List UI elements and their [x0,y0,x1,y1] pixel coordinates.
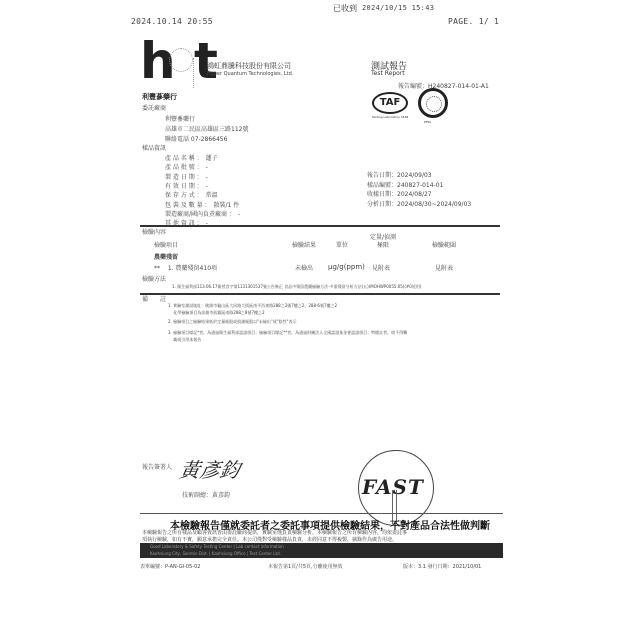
page-info: 本報告第1頁/共5頁,分離使用無效 [268,563,343,570]
taf-badge-sub: Testing Laboratory 3184 [372,115,408,119]
sample-section-label: 樣品資訊 [142,143,166,152]
date-field-label: 分析日期： [367,201,397,208]
date-field-label: 樣品編號： [367,182,397,189]
sample-field: 包 裝 及 數 量 ：散裝/1 件 [165,200,239,209]
company-name-zh: 鴻虹鼎騰科技股份有限公司 [207,61,291,71]
version-info: 版本：3.1 發行日期：2021/10/01 [403,563,481,570]
row-item: 1. 農藥殘留410項 [168,265,217,272]
sample-field-value: 散裝/1 件 [214,202,240,209]
sample-field-value: 蓮子 [206,155,218,162]
divider [140,225,500,227]
disclaimer-line-1: 本檢驗報告之所有樣品及顧客資訊皆由委託廠商提供，實驗室僅負責檢驗分析。本檢驗報告… [142,529,407,536]
client-heading: 利豐蔘藥行 [142,92,177,102]
sample-field-value: 常溫 [206,192,218,199]
sample-field-label: 產 品 名 稱 ： [165,155,203,162]
sample-field-label: 有 效 日 期 ： [165,183,203,190]
contact-band: Good Laboratory & Safety Testing Center … [140,543,503,558]
received-label: 已收到 [333,3,357,14]
form-number: 表單編號：P-AN-GI-05-02 [140,563,200,570]
method-label: 檢驗方法 [142,274,166,283]
date-field-label: 收樣日期： [367,191,397,198]
report-title-en: Test Report [371,70,405,77]
sample-field-label: 製造廠商/國內負責廠商 ： [165,211,235,218]
company-name-en: Hyper Quantum Technologies, Ltd. [207,71,293,77]
received-time: 2024/10/15 15:43 [362,4,434,12]
signature-label: 報告簽署人 [142,462,172,471]
band-line-1: Good Laboratory & Safety Testing Center … [140,543,503,550]
sample-field: 製造廠商/國內負責廠商 ：- [165,209,240,218]
signatory-title: 技術副總：黃彥鈞 [182,490,230,499]
sample-field: 產 品 批 號 ：- [165,162,208,171]
client-section-label: 委託廠商 [142,103,166,112]
row-limit: 見附表 [372,263,390,272]
fax-sent-time: 2024.10.14 20:55 [131,17,213,26]
sample-field-label: 產 品 批 號 ： [165,164,203,171]
sample-field: 製 造 日 期 ：- [165,172,208,181]
sample-field-value: - [206,164,208,171]
client-name: 利豐蔘藥行 [165,114,195,123]
taf-badge: TAF [372,92,408,114]
remark-item: 3. 檢驗項目標記*者，為通過衛生福利部認證項目；檢驗項目標記**者，為通過財團… [168,330,407,336]
col-header-limit: 定量/偵測 極限 [370,234,396,250]
sample-field: 有 效 日 期 ：- [165,181,208,190]
date-field-value: 2024/08/27 [397,191,432,198]
remarks-label: 備 註 [142,294,166,303]
disclaimer-line-2: 項執行檢驗，如有不實，願意承擔完全責任。本公司僅對受檢驗樣品負責，未經同意不得複… [142,536,397,543]
sample-field-label: 製 造 日 期 ： [165,174,203,181]
test-content-label: 檢驗內容 [142,227,166,236]
date-field-value: 240827-014-01 [397,182,443,189]
sample-field: 保 存 方 式 ：常溫 [165,190,218,199]
client-phone: 聯絡電話 07-2866456 [165,134,227,143]
col-header-result: 檢驗結果 [292,240,316,249]
col-header-unit: 單位 [336,240,348,249]
date-field: 樣品編號：240827-014-01 [367,180,443,189]
row-mark: ** [154,265,160,272]
sample-field-label: 包 裝 及 數 量 ： [165,202,211,209]
date-field: 分析日期：2024/08/30~2024/09/03 [367,199,471,208]
table-row: ** 1. 農藥殘留410項 [154,263,217,272]
remark-item: 1. 實驗室測試地址：桃園市龜山區大同路大街區南平西東路288之2號7樓之2、2… [168,303,337,309]
band-line-2: Kaohsiung City, Sanmin Dist. | Kaohsiung… [140,550,503,557]
col-header-item: 檢驗項目 [154,240,178,249]
divider [140,513,503,514]
sample-field-value: - [206,183,208,190]
report-number-label: 報告編號： [398,83,428,90]
sample-field: 產 品 名 稱 ：蓮子 [165,153,218,162]
remark-item: 載或引用本報告 [168,337,201,343]
row-scope: 見附表 [435,263,453,272]
client-address: 高雄市二民區高雄區三路112號 [165,124,248,133]
pfpa-badge-icon [418,88,448,118]
pfpa-badge-sub: PFPA [424,120,431,124]
fax-page-number: PAGE. 1/ 1 [448,17,499,26]
signature: 黃彥鈞 [177,454,242,483]
sample-field-label: 保 存 方 式 ： [165,192,203,199]
sample-field-value: - [238,211,240,218]
divider [140,293,500,295]
row-unit: μg/g(ppm) [328,263,365,271]
date-field-label: 報告日期： [367,172,397,179]
method-text: 1. 衛生福利部113.06.17衛授食字第1131301537號公告修正 食品… [172,284,421,290]
remark-item: 化學檢驗項目為高雄市前鎮區南路288之8號7樓之2 [168,310,265,316]
date-field: 收樣日期：2024/08/27 [367,189,432,198]
row-result: 未檢出 [295,263,313,272]
date-field: 報告日期：2024/09/03 [367,170,432,179]
logo-q-tail [187,58,194,88]
test-category: 農藥殘留 [154,252,178,261]
sample-field-value: - [206,174,208,181]
remark-item: 2. 檢驗項目之檢驗結果低於定量極限或偵測極限以"未檢出"或"陰性"表示 [168,319,296,325]
date-field-value: 2024/09/03 [397,172,432,179]
date-field-value: 2024/08/30~2024/09/03 [397,201,471,208]
col-header-scope: 檢驗範圍 [432,240,456,249]
